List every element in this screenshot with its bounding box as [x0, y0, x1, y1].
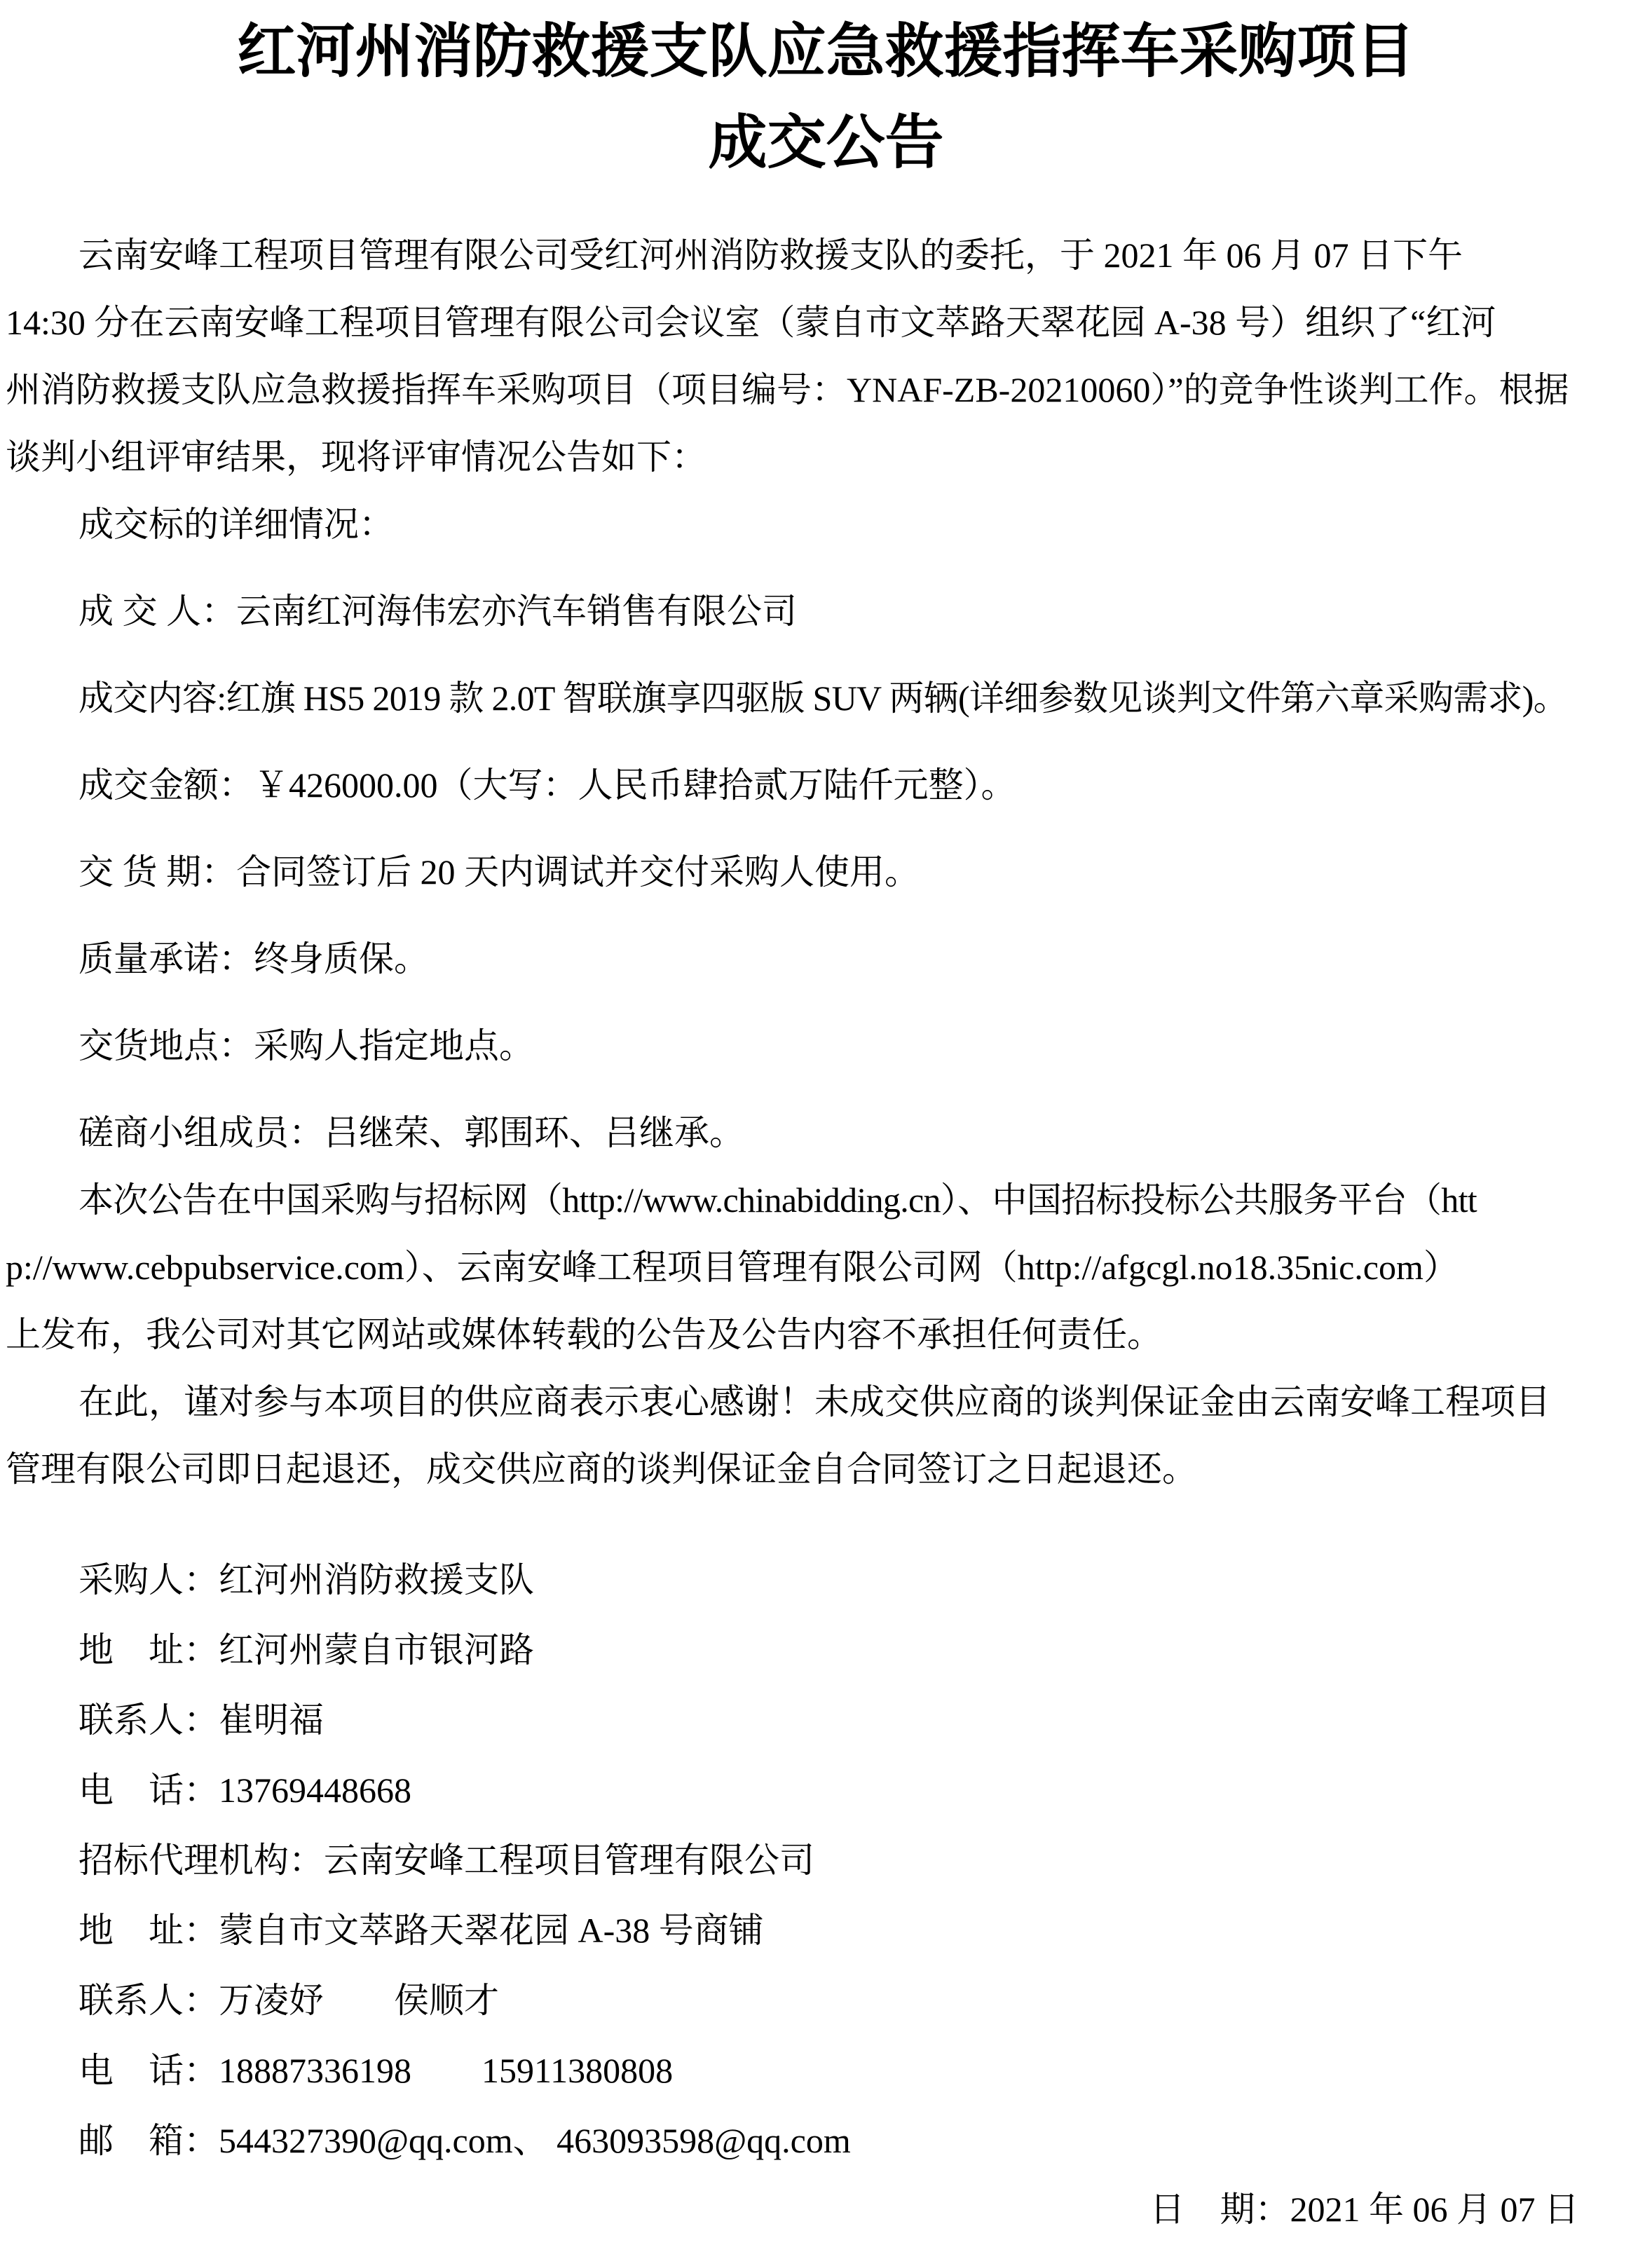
deal-item-line: 交 货 期：合同签订后 20 天内调试并交付采购人使用。: [6, 838, 1646, 906]
intro-paragraph: 云南安峰工程项目管理有限公司受红河州消防救援支队的委托，于 2021 年 06 …: [6, 221, 1646, 491]
contact-line: 联系人：崔明福: [6, 1685, 1646, 1755]
thanks-line: 在此，谨对参与本项目的供应商表示衷心感谢！未成交供应商的谈判保证金由云南安峰工程…: [6, 1368, 1646, 1435]
contact-line: 邮 箱：544327390@qq.com、 463093598@qq.com: [6, 2106, 1646, 2176]
contact-line: 联系人：万凌妤 侯顺才: [6, 1965, 1646, 2035]
intro-line: 谈判小组评审结果，现将评审情况公告如下：: [6, 423, 1646, 491]
contact-line: 招标代理机构：云南安峰工程项目管理有限公司: [6, 1825, 1646, 1895]
deal-details: 成交标的详细情况：成 交 人：云南红河海伟宏亦汽车销售有限公司成交内容:红旗 H…: [6, 491, 1646, 1166]
contact-block: 采购人：红河州消防救援支队地 址：红河州蒙自市银河路联系人：崔明福电 话：137…: [6, 1545, 1646, 2176]
deal-item-line: 成交标的详细情况：: [6, 491, 1646, 558]
deal-item-line: 质量承诺：终身质保。: [6, 925, 1646, 992]
thanks-paragraph: 在此，谨对参与本项目的供应商表示衷心感谢！未成交供应商的谈判保证金由云南安峰工程…: [6, 1368, 1646, 1503]
contact-line: 电 话：18887336198 15911380808: [6, 2035, 1646, 2106]
deal-item-line: 交货地点：采购人指定地点。: [6, 1012, 1646, 1079]
notice-line: 本次公告在中国采购与招标网（http://www.chinabidding.cn…: [6, 1166, 1646, 1234]
contact-line: 电 话：13769448668: [6, 1755, 1646, 1825]
deal-item-line: 成交金额：￥426000.00（大写：人民币肆拾贰万陆仟元整）。: [6, 751, 1646, 819]
deal-item-line: 成交内容:红旗 HS5 2019 款 2.0T 智联旗享四驱版 SUV 两辆(详…: [6, 664, 1646, 732]
deal-item-line: 磋商小组成员：吕继荣、郭围环、吕继承。: [6, 1099, 1646, 1166]
intro-line: 14:30 分在云南安峰工程项目管理有限公司会议室（蒙自市文萃路天翠花园 A-3…: [6, 289, 1646, 356]
document-subtitle: 成交公告: [6, 98, 1646, 189]
date-line: 日 期：2021 年 06 月 07 日: [6, 2176, 1646, 2243]
contact-line: 地 址：蒙自市文萃路天翠花园 A-38 号商铺: [6, 1895, 1646, 1965]
contact-line: 采购人：红河州消防救援支队: [6, 1545, 1646, 1615]
intro-line: 云南安峰工程项目管理有限公司受红河州消防救援支队的委托，于 2021 年 06 …: [6, 221, 1646, 289]
document-title: 红河州消防救援支队应急救援指挥车采购项目: [6, 7, 1646, 98]
intro-line: 州消防救援支队应急救援指挥车采购项目（项目编号：YNAF-ZB-20210060…: [6, 356, 1646, 423]
document-page: 红河州消防救援支队应急救援指挥车采购项目 成交公告 云南安峰工程项目管理有限公司…: [0, 0, 1652, 2245]
publish-notice-paragraph: 本次公告在中国采购与招标网（http://www.chinabidding.cn…: [6, 1166, 1646, 1368]
notice-line: 上发布，我公司对其它网站或媒体转载的公告及公告内容不承担任何责任。: [6, 1301, 1646, 1368]
deal-item-line: 成 交 人：云南红河海伟宏亦汽车销售有限公司: [6, 578, 1646, 645]
notice-line: p://www.cebpubservice.com）、云南安峰工程项目管理有限公…: [6, 1234, 1646, 1301]
contact-line: 地 址：红河州蒙自市银河路: [6, 1615, 1646, 1685]
thanks-line: 管理有限公司即日起退还，成交供应商的谈判保证金自合同签订之日起退还。: [6, 1435, 1646, 1503]
